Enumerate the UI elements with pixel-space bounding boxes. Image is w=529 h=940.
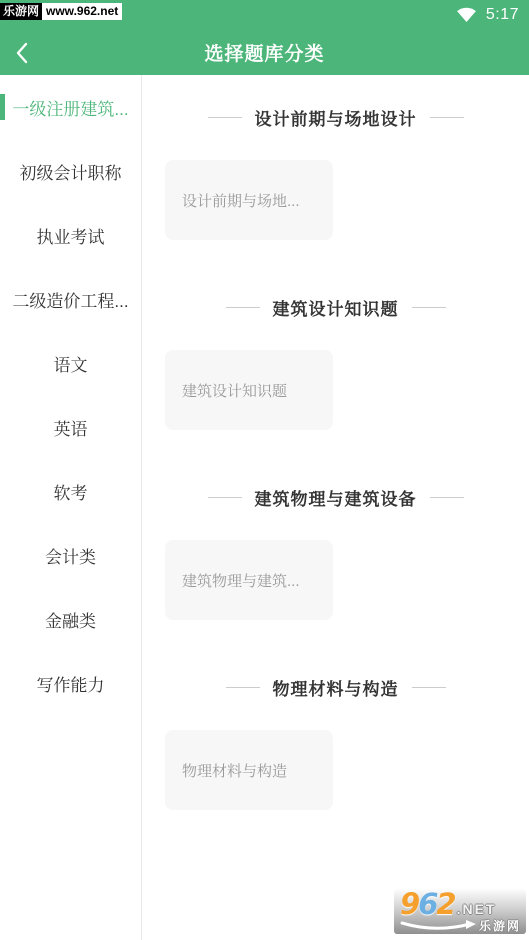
section-title: 建筑设计知识题 — [273, 295, 399, 320]
logo-digit-9: 9 — [400, 889, 418, 921]
sidebar-item-label: 会计类 — [45, 543, 96, 568]
logo-digit-2: 2 — [436, 889, 454, 921]
header-line-left — [226, 687, 260, 688]
question-bank-card-1[interactable]: 设计前期与场地... — [165, 160, 333, 240]
logo-net-text: .NET — [457, 902, 497, 916]
question-bank-card-4[interactable]: 物理材料与构造 — [165, 730, 333, 810]
sidebar-item-zhiye-kaoshi[interactable]: 执业考试 — [0, 203, 141, 267]
watermark-url: www.962.net — [42, 3, 122, 20]
sidebar-item-yiji-zhuce-jianzhu[interactable]: 一级注册建筑... — [0, 75, 141, 139]
header-line-left — [226, 307, 260, 308]
section-title: 物理材料与构造 — [273, 675, 399, 700]
clock-time: 5:17 — [486, 6, 519, 24]
selected-indicator-bar — [0, 94, 5, 120]
wifi-icon — [456, 7, 477, 23]
sidebar-item-yingyu[interactable]: 英语 — [0, 395, 141, 459]
card-label: 设计前期与场地... — [182, 190, 300, 211]
status-icons: 5:17 — [456, 6, 519, 24]
app-screen: 乐游网 www.962.net 5:17 选择题库分类 一级注册建筑... — [0, 0, 529, 940]
sidebar-item-label: 一级注册建筑... — [12, 95, 128, 120]
sidebar-item-erji-zaojia[interactable]: 二级造价工程... — [0, 267, 141, 331]
page-title: 选择题库分类 — [204, 39, 324, 66]
logo-number: 962 — [400, 890, 455, 919]
header-line-right — [430, 117, 464, 118]
section-title: 建筑物理与建筑设备 — [255, 485, 417, 510]
section-header: 建筑设计知识题 — [142, 295, 529, 319]
sidebar-item-yuwen[interactable]: 语文 — [0, 331, 141, 395]
section-header: 建筑物理与建筑设备 — [142, 485, 529, 509]
section-header: 物理材料与构造 — [142, 675, 529, 699]
sidebar-item-chuji-kuaiji[interactable]: 初级会计职称 — [0, 139, 141, 203]
main-body: 一级注册建筑... 初级会计职称 执业考试 二级造价工程... 语文 英语 软考… — [0, 75, 529, 940]
header-line-left — [208, 497, 242, 498]
question-bank-card-2[interactable]: 建筑设计知识题 — [165, 350, 333, 430]
back-button[interactable] — [12, 30, 48, 75]
section-title: 设计前期与场地设计 — [255, 105, 417, 130]
category-section-2: 建筑设计知识题 建筑设计知识题 — [142, 265, 529, 455]
section-header: 设计前期与场地设计 — [142, 105, 529, 129]
site-logo-watermark: 962 .NET 乐游网 — [394, 889, 526, 934]
header-line-right — [412, 687, 446, 688]
sidebar-item-jinronglei[interactable]: 金融类 — [0, 587, 141, 651]
sidebar-item-label: 金融类 — [45, 607, 96, 632]
question-bank-card-3[interactable]: 建筑物理与建筑... — [165, 540, 333, 620]
sidebar-item-label: 语文 — [54, 351, 88, 376]
card-label: 建筑物理与建筑... — [182, 570, 300, 591]
logo-962-net: 962 .NET — [400, 890, 521, 919]
card-label: 建筑设计知识题 — [182, 380, 287, 401]
watermark-site-name: 乐游网 — [0, 3, 42, 20]
sidebar-item-label: 二级造价工程... — [12, 287, 128, 312]
site-watermark: 乐游网 www.962.net — [0, 3, 122, 20]
header-line-left — [208, 117, 242, 118]
category-section-1: 设计前期与场地设计 设计前期与场地... — [142, 75, 529, 265]
logo-site-name: 乐游网 — [479, 917, 521, 934]
sidebar-item-label: 写作能力 — [37, 671, 105, 696]
sidebar-item-label: 软考 — [54, 479, 88, 504]
question-bank-list: 设计前期与场地设计 设计前期与场地... 建筑设计知识题 建筑设计知识题 — [142, 75, 529, 940]
sidebar-item-label: 英语 — [54, 415, 88, 440]
sidebar-item-label: 执业考试 — [37, 223, 105, 248]
nav-bar: 选择题库分类 — [0, 30, 529, 75]
sidebar-item-xiezuo-nengli[interactable]: 写作能力 — [0, 651, 141, 715]
sidebar-item-kuaijilei[interactable]: 会计类 — [0, 523, 141, 587]
category-section-4: 物理材料与构造 物理材料与构造 — [142, 645, 529, 835]
sidebar-item-ruankao[interactable]: 软考 — [0, 459, 141, 523]
category-section-3: 建筑物理与建筑设备 建筑物理与建筑... — [142, 455, 529, 645]
header-line-right — [430, 497, 464, 498]
swoosh-arrow-icon — [400, 918, 478, 932]
header-line-right — [412, 307, 446, 308]
category-sidebar: 一级注册建筑... 初级会计职称 执业考试 二级造价工程... 语文 英语 软考… — [0, 75, 142, 940]
chevron-left-icon — [12, 40, 34, 66]
sidebar-item-label: 初级会计职称 — [20, 159, 122, 184]
card-label: 物理材料与构造 — [182, 760, 287, 781]
status-bar: 乐游网 www.962.net 5:17 — [0, 0, 529, 30]
logo-digit-6: 6 — [418, 889, 436, 921]
logo-bottom-row: 乐游网 — [400, 918, 521, 932]
